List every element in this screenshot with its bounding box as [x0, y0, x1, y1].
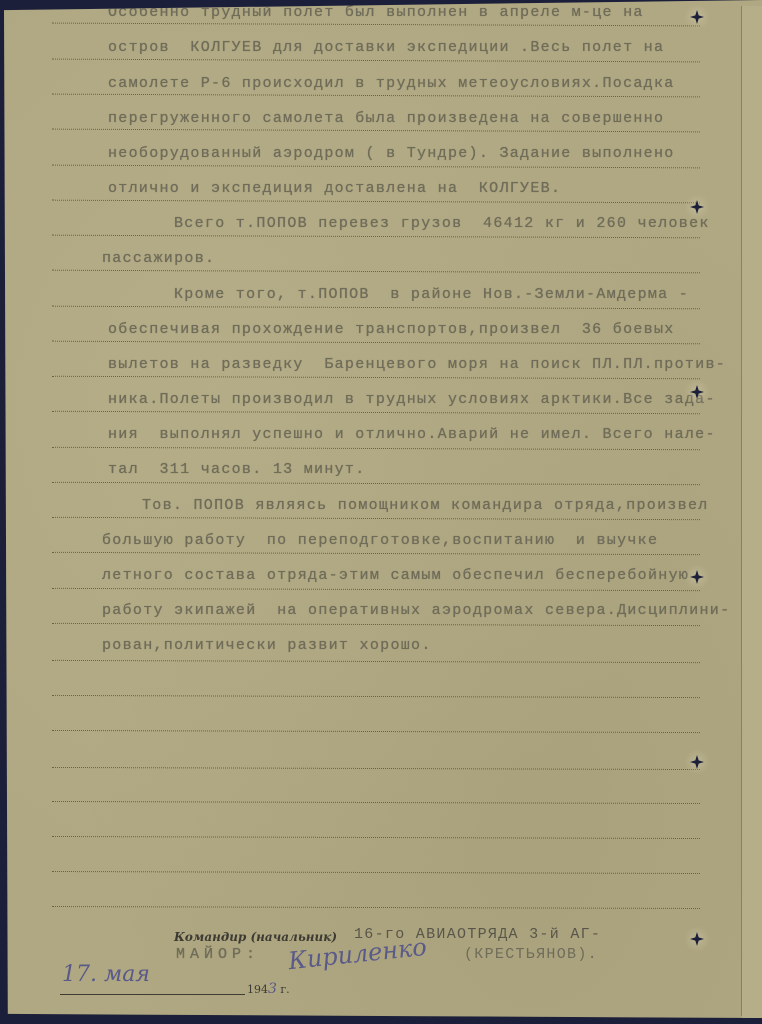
typed-line: необорудованный аэродром ( в Тундре). За…: [108, 145, 675, 162]
ruled-line: [52, 235, 700, 239]
ruled-line: [52, 906, 700, 909]
ruled-line: [52, 411, 700, 414]
typed-line: тал 311 часов. 13 минут.: [108, 461, 366, 478]
ruled-line: [52, 270, 700, 274]
ruled-line: [52, 482, 700, 485]
typed-line: самолете Р-6 происходил в трудных метеоу…: [108, 75, 675, 92]
typed-line: Кроме того, т.ПОПОВ в районе Нов.-Земли-…: [174, 286, 689, 303]
ruled-line: [52, 695, 700, 698]
typed-line: перегруженного самолета была произведена…: [108, 110, 664, 127]
ruled-line: [52, 59, 700, 63]
typed-line: пассажиров.: [102, 250, 215, 267]
ruled-line: [52, 623, 700, 626]
typed-line: Тов. ПОПОВ являясь помощником командира …: [142, 497, 709, 514]
typed-line: работу экипажей на оперативных аэродрома…: [102, 602, 730, 619]
ruled-line: [52, 801, 700, 804]
year-printed: 194: [247, 983, 268, 996]
signatory-name: (КРЕСТЬЯНОВ).: [464, 946, 598, 963]
date-year: 1943 г.: [247, 981, 290, 997]
typed-line: Особенно трудный полет был выполнен в ап…: [108, 4, 644, 21]
ruled-line: [52, 552, 700, 555]
year-handwritten: 3: [268, 981, 277, 997]
ruled-line: [52, 23, 700, 27]
handwritten-date: 17. мая: [62, 962, 150, 987]
ruled-line: [52, 767, 700, 770]
ruled-line: [52, 341, 700, 345]
typed-line: вылетов на разведку Баренцевого моря на …: [108, 356, 726, 373]
ruled-line: [52, 447, 700, 450]
document-page: Особенно трудный полет был выполнен в ап…: [4, 0, 762, 1018]
ruled-line: [52, 836, 700, 839]
typed-line: большую работу по переподготовке,воспита…: [102, 532, 658, 549]
date-underline: [60, 994, 245, 995]
ruled-line: [52, 129, 700, 133]
ruled-line: [52, 588, 700, 591]
ruled-line: [52, 517, 700, 520]
typed-line: Всего т.ПОПОВ перевез грузов 46412 кг и …: [174, 215, 710, 232]
typed-line: остров КОЛГУЕВ для доставки экспедиции .…: [108, 39, 664, 56]
typed-line: ния выполнял успешно и отлично.Аварий не…: [108, 426, 716, 443]
ruled-line: [52, 306, 700, 310]
ruled-line: [52, 871, 700, 874]
commander-form-label: Командир (начальник): [174, 930, 337, 944]
typed-line: ника.Полеты производил в трудных условия…: [108, 391, 716, 408]
typed-line: обеспечивая прохождение транспортов,прои…: [108, 321, 675, 338]
typed-line: летного состава отряда-этим самым обеспе…: [102, 567, 689, 584]
typed-line: рован,политически развит хорошо.: [102, 637, 432, 654]
typed-line: отлично и экспедиция доставлена на КОЛГУ…: [108, 180, 561, 197]
ruled-line: [52, 660, 700, 663]
year-suffix: г.: [280, 983, 289, 996]
ruled-line: [52, 376, 700, 379]
ruled-line: [52, 730, 700, 733]
rank-label: МАЙОР:: [176, 946, 260, 963]
ruled-line: [52, 165, 700, 169]
page-right-flap: [742, 6, 762, 1018]
ruled-line: [52, 94, 700, 98]
ruled-line: [52, 200, 700, 204]
